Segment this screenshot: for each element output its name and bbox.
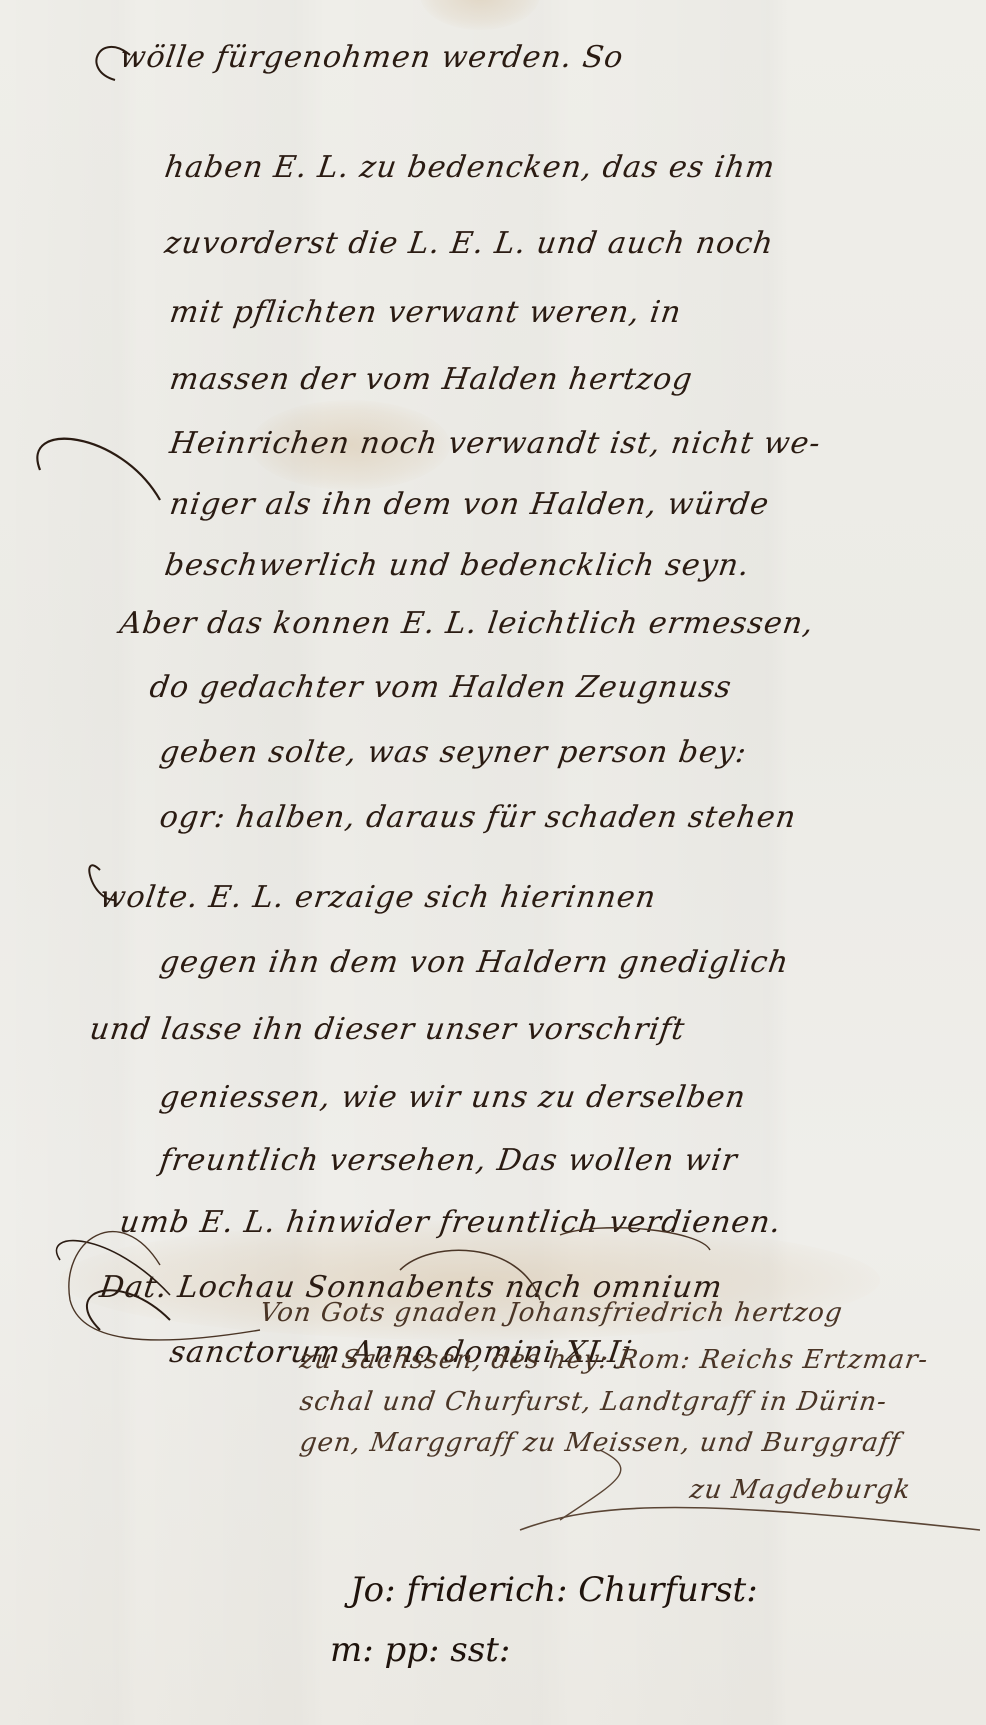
body-line: massen der vom Halden hertzog [168,362,695,397]
body-line: beschwerlich und bedencklich seyn. [163,548,752,583]
signature-line: m: pp: sst: [330,1630,510,1670]
body-line: Heinrichen noch verwandt ist, nicht we- [168,426,824,461]
body-line: niger als ihn dem von Halden, würde [168,487,772,522]
body-line: gegen ihn dem von Haldern gnediglich [158,945,792,980]
body-line: zuvorderst die L. E. L. und auch noch [163,226,776,261]
body-line: ogr: halben, daraus für schaden stehen [158,800,799,835]
body-line: Aber das konnen E. L. leichtlich ermesse… [118,606,817,641]
body-line: do gedachter vom Halden Zeugnuss [148,670,735,705]
address-line: schal und Churfurst, Landtgraff in Dürin… [298,1387,889,1417]
signature-line: Jo: friderich: Churfurst: [350,1570,758,1610]
body-line: geniessen, wie wir uns zu derselben [158,1080,749,1115]
address-line: zu Magdeburgk [688,1475,913,1505]
body-line: freuntlich versehen, Das wollen wir [158,1143,740,1178]
body-line: wolte. E. L. erzaige sich hierinnen [98,880,659,915]
address-line: gen, Marggraff zu Meissen, und Burggraff [298,1428,902,1458]
body-line: haben E. L. zu bedencken, das es ihm [163,150,778,185]
address-line: zu Sachssen, des hey: Rom: Reichs Ertzma… [298,1345,930,1375]
body-line: umb E. L. hinwider freuntlich verdienen. [118,1205,784,1240]
body-line: wölle fürgenohmen werden. So [118,40,626,75]
body-line: und lasse ihn dieser unser vorschrift [88,1012,688,1047]
body-line: mit pflichten verwant weren, in [168,295,684,330]
body-line: geben solte, was seyner person bey: [158,735,750,770]
address-line: Von Gots gnaden Johansfriedrich hertzog [258,1298,845,1328]
